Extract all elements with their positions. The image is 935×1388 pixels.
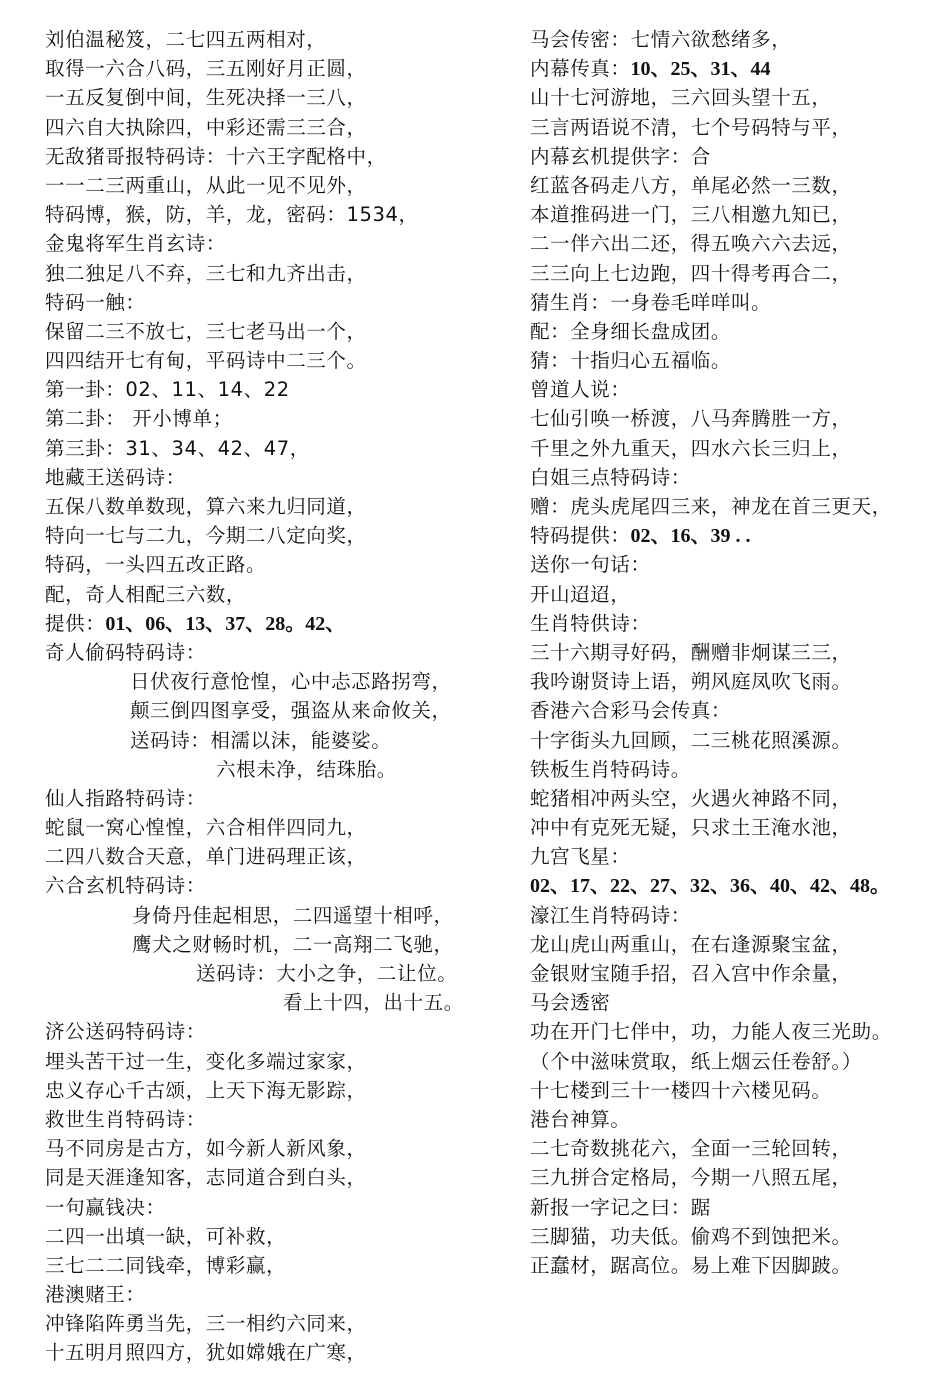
text-line: 我吟谢贤诗上语，朔风庭凤吹飞雨。	[530, 667, 930, 696]
number-list: 02、16、39 . .	[631, 525, 751, 547]
text-line: 内幕传真：10、25、31、44	[530, 54, 930, 83]
text-line: 提供：01、06、13、37、28。42、	[45, 609, 505, 638]
text-line: 马会透密	[530, 988, 930, 1017]
number-list: 01、06、13、37、28。42、	[105, 613, 345, 635]
text-line: 濠江生肖特码诗：	[530, 901, 930, 930]
text-line: 配：全身细长盘成团。	[530, 317, 930, 346]
text-line: 配，奇人相配三六数，	[45, 580, 505, 609]
text-line: 取得一六合八码，三五刚好月正圆，	[45, 54, 505, 83]
text-line: 济公送码特码诗：	[45, 1017, 505, 1046]
text-line: 第一卦：02、11、14、22	[45, 375, 505, 404]
number-list: 02、17、22、27、32、36、40、42、48。	[530, 875, 890, 897]
text-line: 一句赢钱决：	[45, 1193, 505, 1222]
text-line: 三七二二同钱牵，博彩赢，	[45, 1251, 505, 1280]
text-line: 救世生肖特码诗：	[45, 1105, 505, 1134]
text-line: 刘伯温秘笈，二七四五两相对，	[45, 25, 505, 54]
text-line: 功在开门七伴中，功，力能人夜三光助。	[530, 1017, 930, 1046]
text-line: 五保八数单数现，算六来九归同道，	[45, 492, 505, 521]
text-line: 六合玄机特码诗：	[45, 871, 505, 900]
text-line: 02、17、22、27、32、36、40、42、48。	[530, 871, 930, 900]
text-line: 二四一出填一缺，可补救，	[45, 1222, 505, 1251]
line-label: 提供：	[45, 612, 105, 635]
text-line: 六根未净，结珠胎。	[45, 755, 505, 784]
text-line: 新报一字记之曰：踞	[530, 1193, 930, 1222]
text-line: 第二卦： 开小博单；	[45, 404, 505, 433]
text-line: 铁板生肖特码诗。	[530, 755, 930, 784]
text-line: 一五反复倒中间，生死决择一三八，	[45, 83, 505, 112]
text-line: 送码诗：相濡以沫，能婆娑。	[45, 726, 505, 755]
text-line: 九宫飞星：	[530, 842, 930, 871]
text-line: 港澳赌王：	[45, 1280, 505, 1309]
text-line: 二四八数合天意，单门进码理正该，	[45, 842, 505, 871]
text-line: 特码，一头四五改正路。	[45, 550, 505, 579]
text-line: 金鬼将军生肖玄诗：	[45, 229, 505, 258]
text-line: 奇人偷码特码诗：	[45, 638, 505, 667]
left-column: 刘伯温秘笈，二七四五两相对，取得一六合八码，三五刚好月正圆，一五反复倒中间，生死…	[45, 25, 505, 1368]
text-line: 白姐三点特码诗：	[530, 463, 930, 492]
text-line: 送你一句话：	[530, 550, 930, 579]
text-line: 蛇猪相冲两头空，火遇火神路不同，	[530, 784, 930, 813]
text-line: 十七楼到三十一楼四十六楼见码。	[530, 1076, 930, 1105]
text-line: 金银财宝随手招，召入宫中作余量，	[530, 959, 930, 988]
line-label: 特码提供：	[530, 524, 631, 547]
text-line: 七仙引唤一桥渡，八马奔腾胜一方，	[530, 404, 930, 433]
text-line: 三言两语说不清，七个号码特与平，	[530, 113, 930, 142]
text-line: 埋头苦干过一生，变化多端过家家，	[45, 1047, 505, 1076]
text-line: 独二独足八不弃，三七和九齐出击，	[45, 259, 505, 288]
text-line: 看上十四，出十五。	[45, 988, 505, 1017]
text-line: 特码提供：02、16、39 . .	[530, 521, 930, 550]
text-line: 曾道人说：	[530, 375, 930, 404]
text-line: 龙山虎山两重山，在右逢源聚宝盆，	[530, 930, 930, 959]
text-line: 千里之外九重天，四水六长三归上，	[530, 434, 930, 463]
text-line: 送码诗：大小之争，二让位。	[45, 959, 505, 988]
text-line: 颠三倒四图享受，强盗从来命攸关，	[45, 696, 505, 725]
text-line: 四四结开七有甸，平码诗中二三个。	[45, 346, 505, 375]
line-label: 内幕传真：	[530, 57, 631, 80]
text-line: 第三卦：31、34、42、47，	[45, 434, 505, 463]
text-line: 一一二三两重山，从此一见不见外，	[45, 171, 505, 200]
text-line: 身倚丹佳起相思，二四遥望十相呼，	[45, 901, 505, 930]
text-line: 特码博，猴，防，羊，龙，密码：1534，	[45, 200, 505, 229]
text-line: 猜生肖：一身卷毛咩咩叫。	[530, 288, 930, 317]
text-line: 冲锋陷阵勇当先，三一相约六同来，	[45, 1309, 505, 1338]
text-line: 特码一触：	[45, 288, 505, 317]
text-line: 生肖特供诗：	[530, 609, 930, 638]
text-line: 鹰犬之财畅时机，二一高翔二飞驰，	[45, 930, 505, 959]
text-line: 赠：虎头虎尾四三来，神龙在首三更天，	[530, 492, 930, 521]
right-column: 马会传密：七情六欲愁绪多，内幕传真：10、25、31、44山十七河游地，三六回头…	[530, 25, 930, 1280]
text-line: 红蓝各码走八方，单尾必然一三数，	[530, 171, 930, 200]
text-line: 仙人指路特码诗：	[45, 784, 505, 813]
text-line: 三十六期寻好码，酬赠非炯谋三三，	[530, 638, 930, 667]
text-line: 开山迢迢，	[530, 580, 930, 609]
text-line: 日伏夜行意怆惶，心中忐忑路拐弯，	[45, 667, 505, 696]
text-line: 三九拼合定格局，今期一八照五尾，	[530, 1163, 930, 1192]
text-line: 山十七河游地，三六回头望十五，	[530, 83, 930, 112]
text-line: 冲中有克死无疑，只求土王淹水池，	[530, 813, 930, 842]
text-line: 同是天涯逢知客，志同道合到白头，	[45, 1163, 505, 1192]
text-line: 地藏王送码诗：	[45, 463, 505, 492]
text-line: 四六自大执除四，中彩还需三三合，	[45, 113, 505, 142]
text-line: 马会传密：七情六欲愁绪多，	[530, 25, 930, 54]
text-line: 内幕玄机提供字：合	[530, 142, 930, 171]
text-line: 忠义存心千古颂，上天下海无影踪，	[45, 1076, 505, 1105]
text-line: 十字街头九回顾，二三桃花照溪源。	[530, 726, 930, 755]
text-line: 正蠢材，踞高位。易上难下因脚跛。	[530, 1251, 930, 1280]
text-line: 无敌猪哥报特码诗：十六王字配格中，	[45, 142, 505, 171]
text-line: 十五明月照四方，犹如嫦娥在广寒，	[45, 1338, 505, 1367]
text-line: 马不同房是古方，如今新人新风象，	[45, 1134, 505, 1163]
text-line: （个中滋味赏取，纸上烟云任卷舒。）	[530, 1047, 930, 1076]
text-line: 港台神算。	[530, 1105, 930, 1134]
text-line: 三脚猫，功夫低。偷鸡不到蚀把米。	[530, 1222, 930, 1251]
text-line: 蛇鼠一窝心惶惶，六合相伴四同九，	[45, 813, 505, 842]
text-line: 特向一七与二九，今期二八定向奖，	[45, 521, 505, 550]
text-line: 二一伴六出二还，得五唤六六去远，	[530, 229, 930, 258]
text-line: 二七奇数挑花六，全面一三轮回转，	[530, 1134, 930, 1163]
text-line: 猜：十指归心五福临。	[530, 346, 930, 375]
text-line: 保留二三不放七，三七老马出一个，	[45, 317, 505, 346]
text-line: 本道推码进一门，三八相邀九知已，	[530, 200, 930, 229]
number-list: 10、25、31、44	[631, 58, 771, 80]
text-line: 香港六合彩马会传真：	[530, 696, 930, 725]
text-line: 三三向上七边跑，四十得考再合二，	[530, 259, 930, 288]
